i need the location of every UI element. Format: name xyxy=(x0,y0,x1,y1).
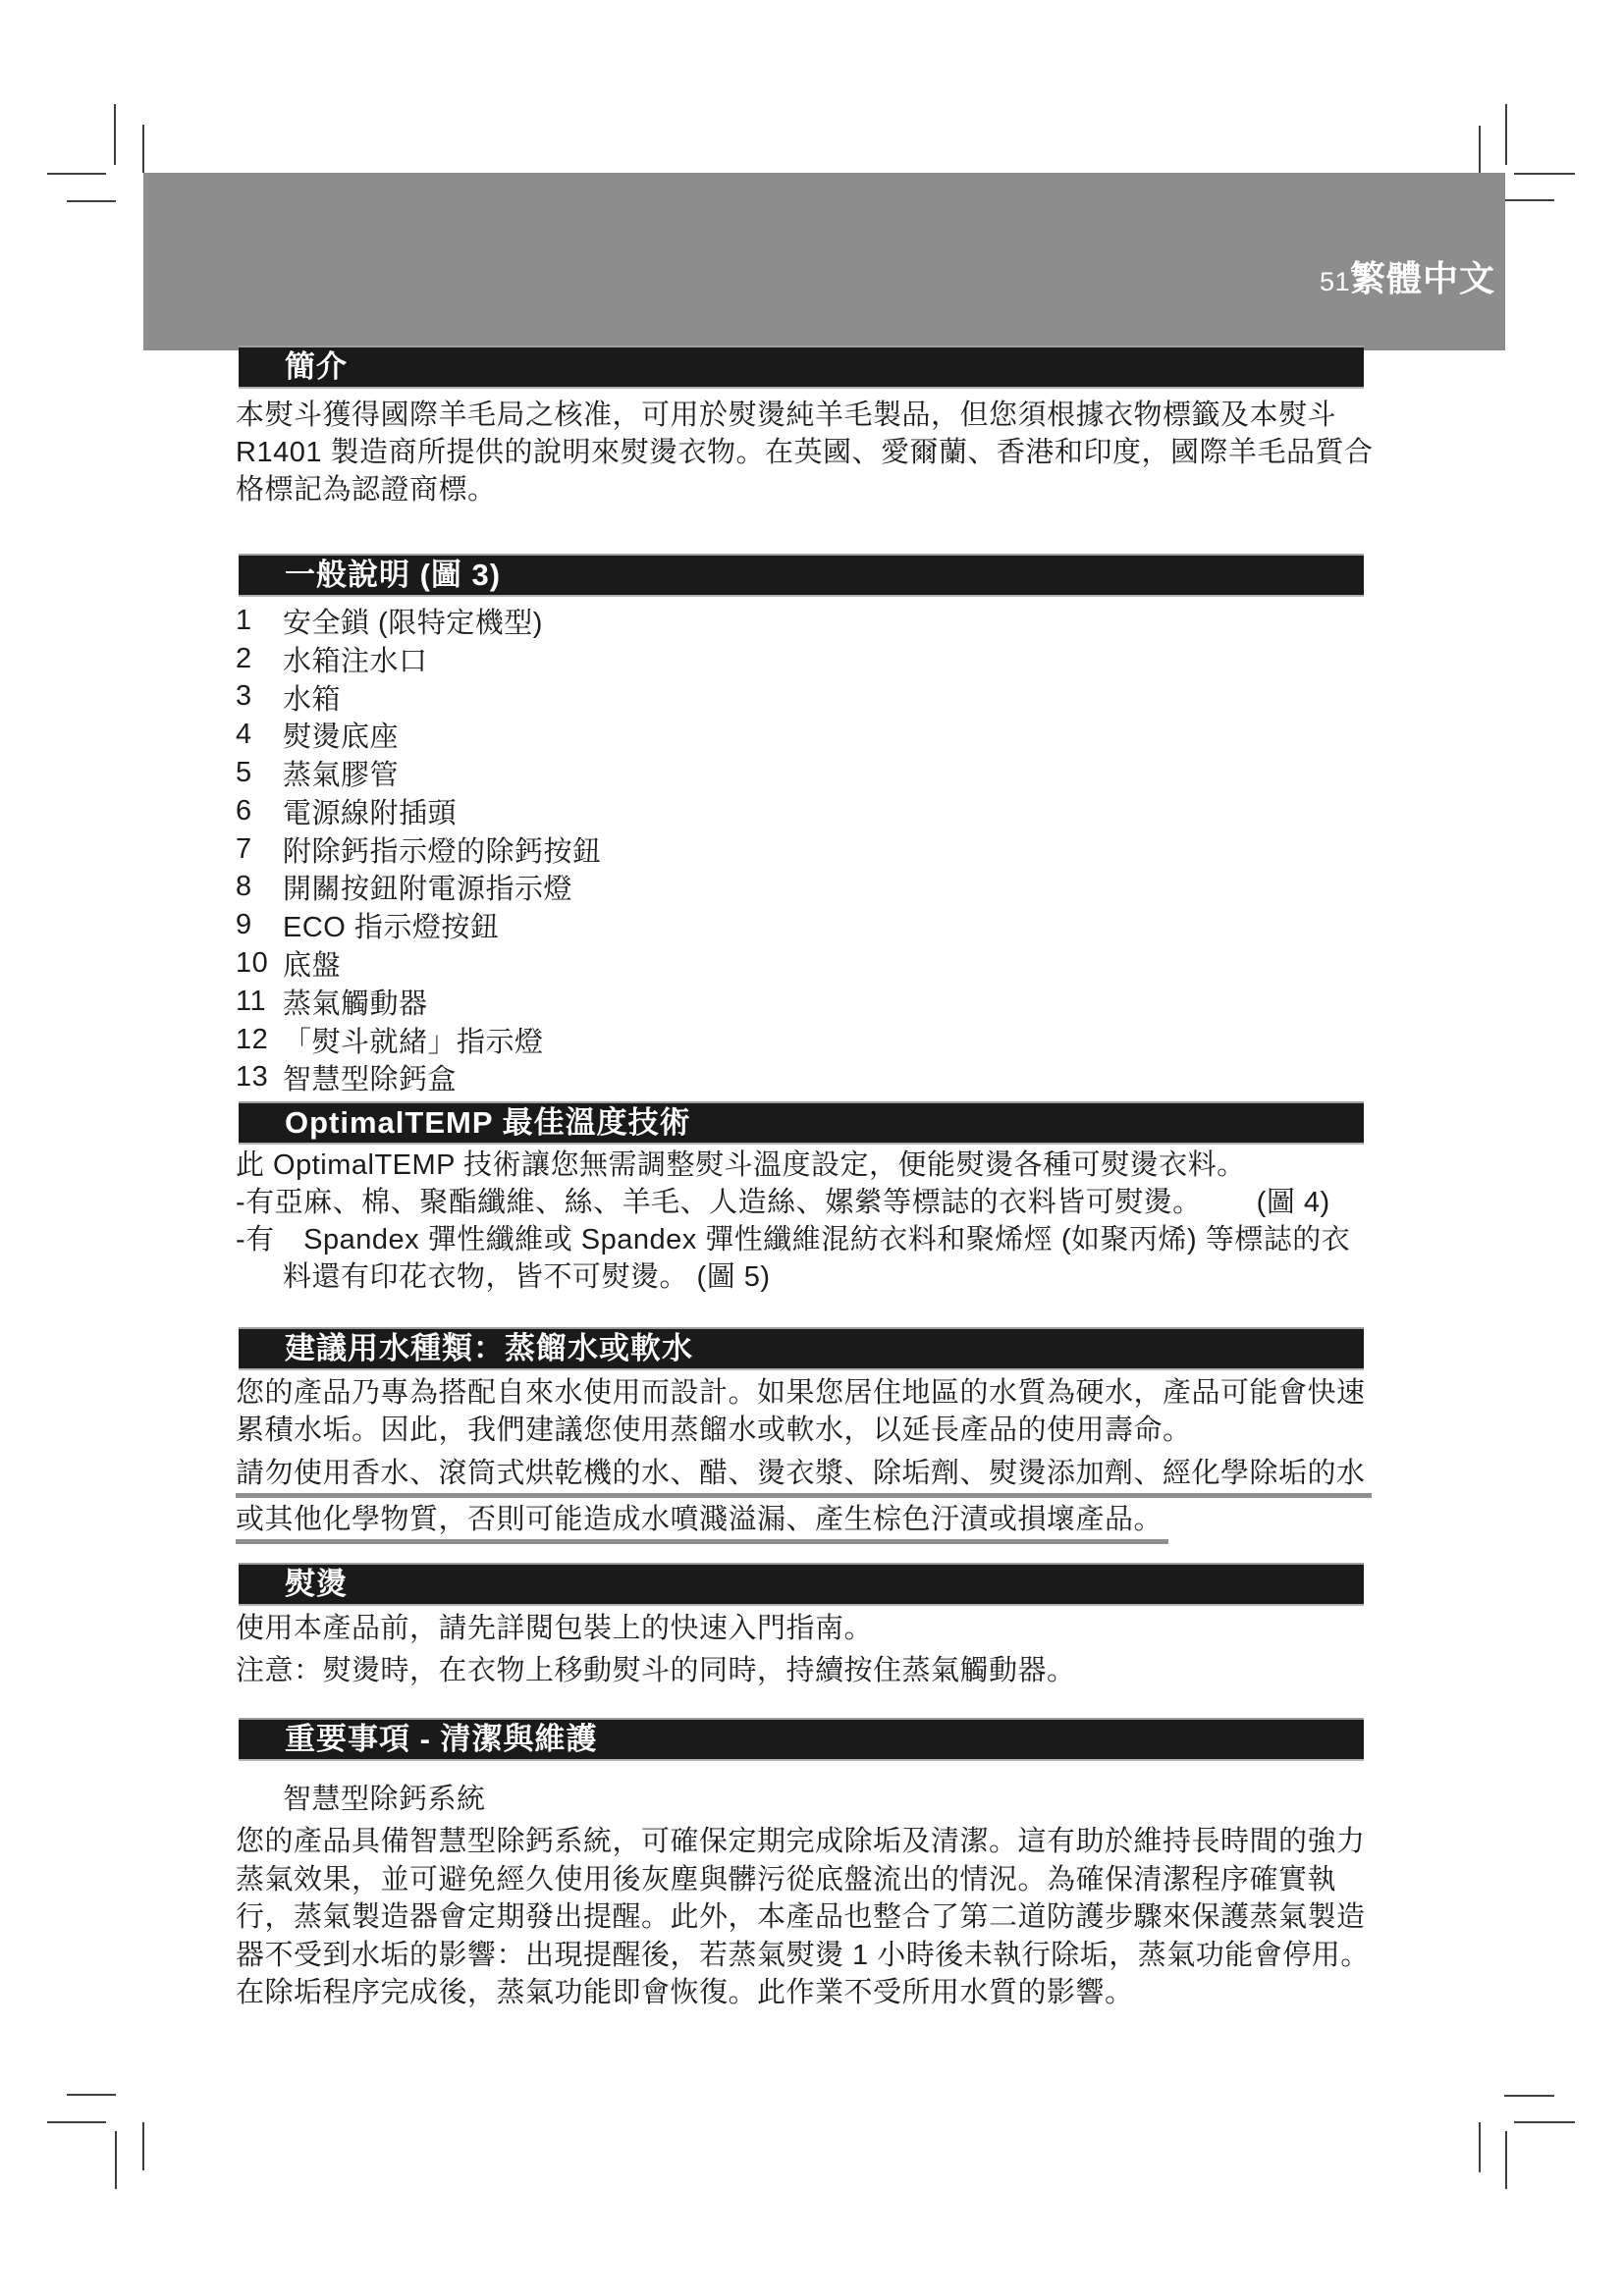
crop-mark xyxy=(142,125,144,173)
paragraph-line: 器不受到水垢的影響：出現提醒後，若蒸氣熨燙 1 小時後未執行除垢，蒸氣功能會停用… xyxy=(236,1937,1370,1975)
crop-mark xyxy=(1505,2131,1507,2189)
list-item-number: 9 xyxy=(236,909,283,941)
water-warning-paragraph: 請勿使用香水、滾筒式烘乾機的水、醋、燙衣漿、除垢劑、熨燙添加劑、經化學除垢的水或… xyxy=(236,1457,1372,1549)
list-item-label: 水箱 xyxy=(283,677,341,718)
list-item-label: 電源線附插頭 xyxy=(283,791,457,831)
crop-mark xyxy=(1505,104,1507,165)
list-item: 13 智慧型除鈣盒 xyxy=(236,1059,602,1097)
section-bar-intro: 簡介 xyxy=(239,346,1364,389)
water-paragraph: 您的產品乃專為搭配自來水使用而設計。如果您居住地區的水質為硬水，產品可能會快速累… xyxy=(236,1374,1366,1449)
paragraph-line: 使用本產品前，請先詳閱包裝上的快速入門指南。 xyxy=(236,1610,1076,1647)
intro-paragraph: 本熨斗獲得國際羊毛局之核准，可用於熨燙純羊毛製品，但您須根據衣物標籤及本熨斗R1… xyxy=(236,397,1374,508)
crop-mark xyxy=(1479,126,1481,174)
paragraph-line: 行，蒸氣製造器會定期發出提醒。此外，本產品也整合了第二道防護步驟來保護蒸氣製造 xyxy=(236,1898,1370,1937)
underlined-warning-line: 請勿使用香水、滾筒式烘乾機的水、醋、燙衣漿、除垢劑、熨燙添加劑、經化學除垢的水 xyxy=(236,1457,1372,1498)
list-item-number: 12 xyxy=(236,1024,283,1056)
paragraph-line: 蒸氣效果，並可避免經久使用後灰塵與髒污從底盤流出的情況。為確保清潔程序確實執 xyxy=(236,1861,1370,1899)
bullet-line: -有 Spandex 彈性纖維或 Spandex 彈性纖維混紡衣料和聚烯烴 (如… xyxy=(236,1221,1350,1258)
section-bar-ironing: 熨燙 xyxy=(239,1563,1364,1606)
list-item: 5 蒸氣膠管 xyxy=(236,754,602,792)
list-item: 12 「熨斗就緒」指示燈 xyxy=(236,1021,602,1059)
page-number: 51 xyxy=(1320,267,1350,296)
underlined-warning-line: 或其他化學物質，否則可能造成水噴濺溢漏、產生棕色汙漬或損壞產品。 xyxy=(236,1503,1168,1544)
list-item-label: 蒸氣膠管 xyxy=(283,753,399,793)
list-item: 6 電源線附插頭 xyxy=(236,792,602,830)
list-item-number: 6 xyxy=(236,795,283,828)
paragraph-line: 注意：熨燙時，在衣物上移動熨斗的同時，持續按住蒸氣觸動器。 xyxy=(236,1652,1076,1689)
list-item-label: 「熨斗就緒」指示燈 xyxy=(283,1020,544,1060)
paragraph-line: 累積水垢。因此，我們建議您使用蒸餾水或軟水，以延長產品的使用壽命。 xyxy=(236,1412,1366,1449)
crop-mark xyxy=(1514,2121,1575,2123)
list-item-number: 7 xyxy=(236,833,283,866)
page-header-text: 51繁體中文 xyxy=(1320,251,1495,301)
crop-mark xyxy=(1504,199,1554,201)
crop-mark xyxy=(47,173,106,175)
crop-mark xyxy=(67,200,116,202)
list-item: 11 蒸氣觸動器 xyxy=(236,983,602,1021)
section-title-optimaltemp: OptimalTEMP 最佳溫度技術 xyxy=(285,1105,691,1140)
crop-mark xyxy=(47,2121,106,2123)
section-bar-general-description: 一般說明 (圖 3) xyxy=(239,554,1364,597)
list-item: 9 ECO 指示燈按鈕 xyxy=(236,906,602,944)
figure-reference: (圖 4) xyxy=(1257,1187,1330,1218)
section-bar-optimaltemp: OptimalTEMP 最佳溫度技術 xyxy=(239,1101,1364,1145)
paragraph-line: 在除垢程序完成後，蒸氣功能即會恢復。此作業不受所用水質的影響。 xyxy=(236,1974,1370,2012)
list-item-number: 4 xyxy=(236,719,283,751)
ironing-paragraph: 使用本產品前，請先詳閱包裝上的快速入門指南。 注意：熨燙時，在衣物上移動熨斗的同… xyxy=(236,1610,1076,1689)
paragraph-line: 本熨斗獲得國際羊毛局之核准，可用於熨燙純羊毛製品，但您須根據衣物標籤及本熨斗 xyxy=(236,397,1374,434)
list-item-label: 蒸氣觸動器 xyxy=(283,982,428,1022)
subheading-descale-system: 智慧型除鈣系統 xyxy=(283,1781,486,1818)
list-item-number: 3 xyxy=(236,680,283,713)
general-description-list: 1 安全鎖 (限特定機型) 2 水箱注水口 3 水箱 4 熨燙底座 5 蒸氣膠管 xyxy=(236,602,602,1096)
list-item-label: 熨燙底座 xyxy=(283,715,399,755)
bullet-text: -有亞麻、棉、聚酯纖維、絲、羊毛、人造絲、嫘縈等標誌的衣料皆可熨燙。 xyxy=(236,1187,1202,1218)
important-paragraph: 您的產品具備智慧型除鈣系統，可確保定期完成除垢及清潔。這有助於維持長時間的強力蒸… xyxy=(236,1823,1370,2012)
crop-mark xyxy=(67,2094,116,2096)
paragraph-line: 格標記為認證商標。 xyxy=(236,471,1374,508)
list-item: 1 安全鎖 (限特定機型) xyxy=(236,602,602,640)
section-title-intro: 簡介 xyxy=(285,349,348,384)
manual-page: 51繁體中文 簡介 本熨斗獲得國際羊毛局之核准，可用於熨燙純羊毛製品，但您須根據… xyxy=(0,0,1624,2296)
section-title-ironing: 熨燙 xyxy=(285,1567,348,1601)
list-item-label: 附除鈣指示燈的除鈣按鈕 xyxy=(283,829,602,870)
section-bar-important: 重要事項 - 清潔與維護 xyxy=(239,1718,1364,1761)
section-title-water-type: 建議用水種類：蒸餾水或軟水 xyxy=(285,1331,693,1365)
crop-mark xyxy=(1504,2095,1554,2097)
list-item-label: ECO 指示燈按鈕 xyxy=(283,905,499,945)
list-item-label: 底盤 xyxy=(283,943,341,984)
list-item-label: 安全鎖 (限特定機型) xyxy=(283,601,543,641)
crop-mark xyxy=(1514,173,1575,175)
list-item: 3 水箱 xyxy=(236,678,602,717)
bullet-line: -有亞麻、棉、聚酯纖維、絲、羊毛、人造絲、嫘縈等標誌的衣料皆可熨燙。(圖 4) xyxy=(236,1184,1350,1221)
list-item-number: 11 xyxy=(236,986,283,1018)
section-bar-water-type: 建議用水種類：蒸餾水或軟水 xyxy=(239,1327,1364,1370)
paragraph-line: R1401 製造商所提供的說明來熨燙衣物。在英國、愛爾蘭、香港和印度，國際羊毛品… xyxy=(236,434,1374,471)
list-item: 10 底盤 xyxy=(236,944,602,983)
page-header-banner: 51繁體中文 xyxy=(143,173,1505,350)
optimaltemp-paragraph: 此 OptimalTEMP 技術讓您無需調整熨斗溫度設定，便能熨燙各種可熨燙衣料… xyxy=(236,1147,1350,1296)
list-item: 8 開關按鈕附電源指示燈 xyxy=(236,869,602,907)
crop-mark xyxy=(1479,2122,1481,2172)
list-item-label: 開關按鈕附電源指示燈 xyxy=(283,867,572,907)
bullet-line-continuation: 料還有印花衣物，皆不可熨燙。 (圖 5) xyxy=(236,1258,1350,1296)
list-item-number: 5 xyxy=(236,757,283,789)
language-label: 繁體中文 xyxy=(1350,258,1495,298)
list-item: 4 熨燙底座 xyxy=(236,716,602,754)
list-item-number: 2 xyxy=(236,643,283,675)
list-item-label: 水箱注水口 xyxy=(283,639,428,679)
list-item-number: 13 xyxy=(236,1061,283,1094)
list-item-number: 1 xyxy=(236,605,283,637)
list-item-number: 10 xyxy=(236,947,283,980)
list-item-label: 智慧型除鈣盒 xyxy=(283,1057,457,1097)
list-item: 2 水箱注水口 xyxy=(236,640,602,678)
crop-mark xyxy=(142,2122,144,2170)
paragraph-line: 您的產品乃專為搭配自來水使用而設計。如果您居住地區的水質為硬水，產品可能會快速 xyxy=(236,1374,1366,1412)
crop-mark xyxy=(114,104,116,165)
list-item: 7 附除鈣指示燈的除鈣按鈕 xyxy=(236,830,602,869)
paragraph-line: 您的產品具備智慧型除鈣系統，可確保定期完成除垢及清潔。這有助於維持長時間的強力 xyxy=(236,1823,1370,1861)
section-title-important: 重要事項 - 清潔與維護 xyxy=(285,1722,598,1756)
paragraph-line: 此 OptimalTEMP 技術讓您無需調整熨斗溫度設定，便能熨燙各種可熨燙衣料… xyxy=(236,1147,1350,1184)
list-item-number: 8 xyxy=(236,871,283,903)
crop-mark xyxy=(115,2131,117,2189)
section-title-general-description: 一般說明 (圖 3) xyxy=(285,558,501,592)
